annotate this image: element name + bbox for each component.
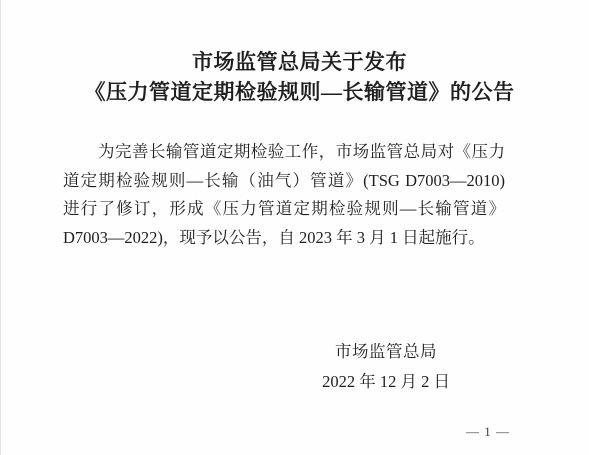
title-line-2: 《压力管道定期检验规则—长输管道》的公告 — [10, 77, 589, 107]
signature-block: 市场监管总局 2022 年 12 月 2 日 — [266, 337, 506, 397]
body-line-2: 道定期检验规则—长输（油气）管道》(TSG D7003—2010) — [63, 167, 505, 196]
document-page: 市场监管总局关于发布 《压力管道定期检验规则—长输管道》的公告 为完善长输管道定… — [0, 0, 589, 455]
body-line-4: D7003—2022)，现予以公告，自 2023 年 3 月 1 日起施行。 — [63, 224, 505, 253]
title-line-1: 市场监管总局关于发布 — [10, 47, 589, 77]
page-left-edge — [0, 0, 1, 455]
signature-date: 2022 年 12 月 2 日 — [266, 367, 506, 397]
document-body: 为完善长输管道定期检验工作，市场监管总局对《压力管 道定期检验规则—长输（油气）… — [63, 138, 505, 252]
page-number: — 1 — — [458, 424, 518, 440]
body-line-3: 进行了修订，形成《压力管道定期检验规则—长输管道》(TSG — [63, 195, 505, 224]
signature-issuer: 市场监管总局 — [266, 337, 506, 367]
body-line-1: 为完善长输管道定期检验工作，市场监管总局对《压力管 — [63, 138, 505, 167]
document-title: 市场监管总局关于发布 《压力管道定期检验规则—长输管道》的公告 — [10, 47, 589, 107]
